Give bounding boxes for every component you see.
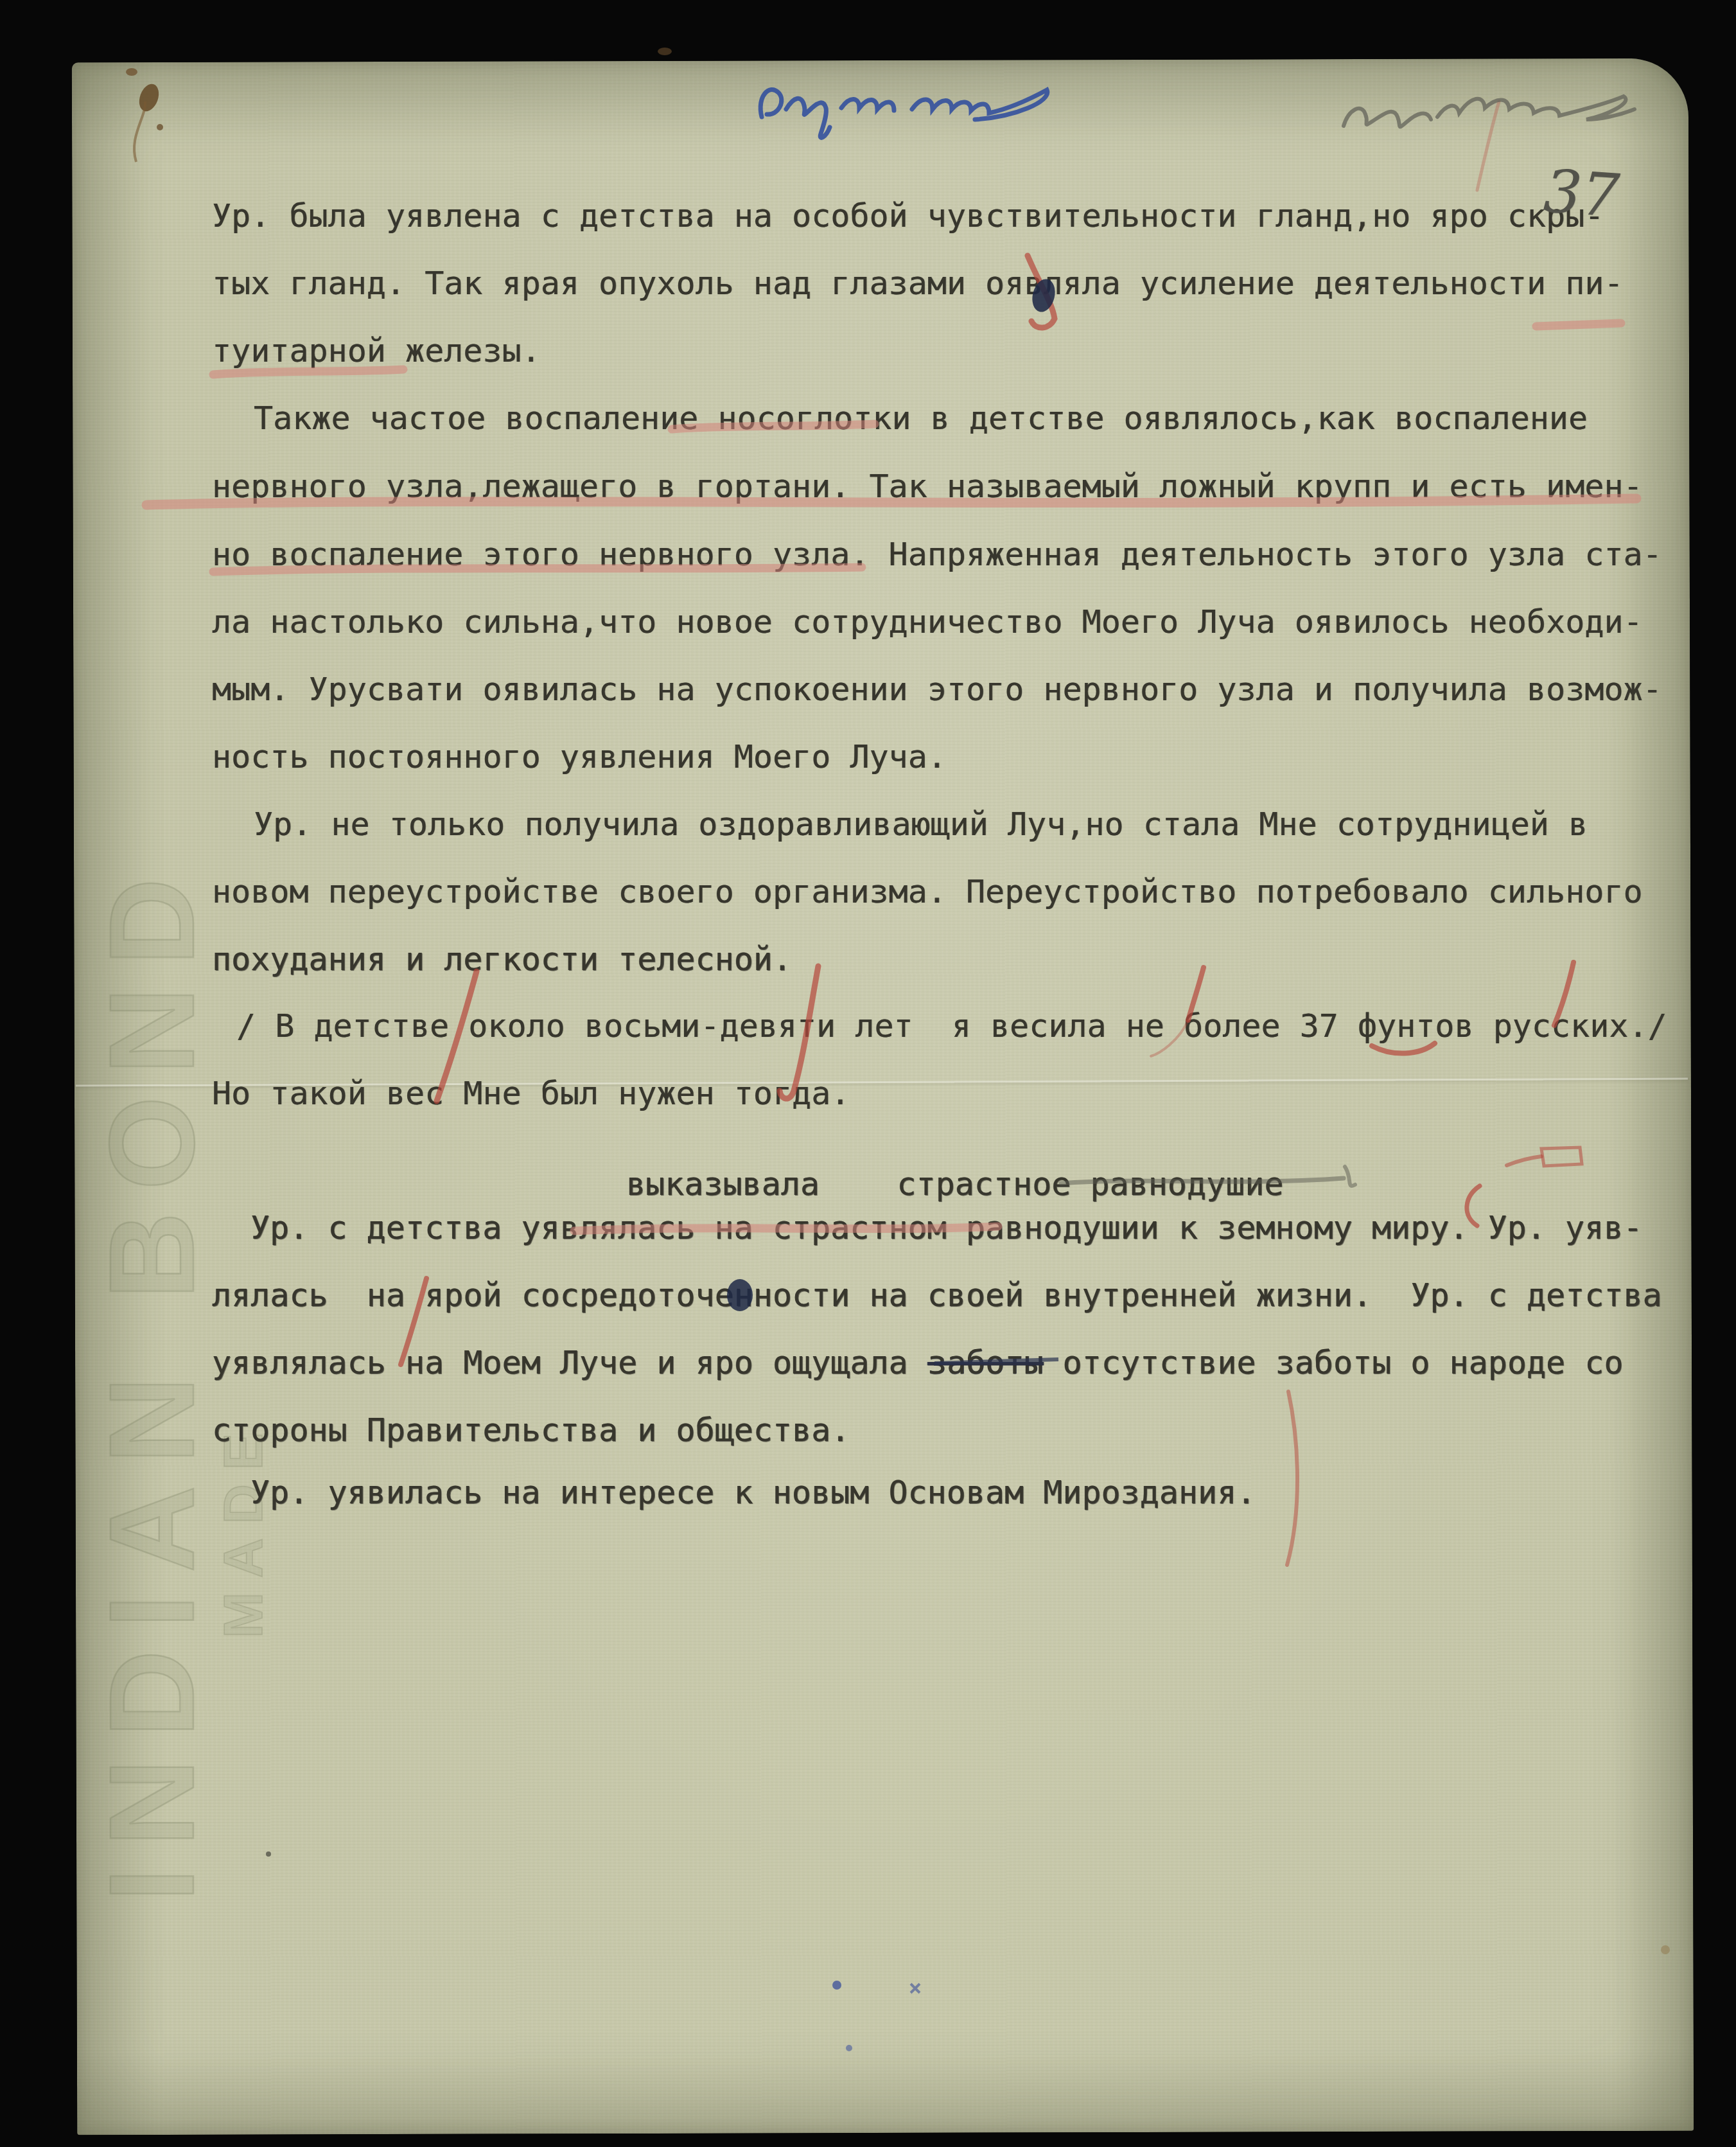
typed-line-18: уявлялась на Моем Луче и яро ощущала заб…: [212, 1343, 1624, 1383]
stain-top-edge: [658, 48, 672, 55]
handwritten-page-number: 37: [1541, 157, 1621, 231]
typed-line-7: ла настолько сильна,что новое сотрудниче…: [212, 602, 1643, 642]
typed-line-17: лялась на ярой сосредоточенности на свое…: [212, 1275, 1662, 1315]
typed-line-2: тых гланд. Так ярая опухоль над глазами …: [212, 263, 1624, 303]
typed-line-4: Также частое воспаление носоглотки в дет…: [254, 398, 1588, 438]
line18-pre: уявлялась на Моем Луче и яро ощущала: [212, 1344, 927, 1381]
scanned-document: INDIAN BOND MADE Ур. была уявлена с детс…: [0, 0, 1736, 2147]
typed-line-14: Но такой вес Мне был нужен тогда.: [212, 1073, 850, 1113]
typed-line-8: мым. Урусвати оявилась на успокоении это…: [212, 669, 1662, 709]
typed-line-12: похудания и легкости телесной.: [212, 939, 792, 979]
typed-line-1: Ур. была уявлена с детства на особой чув…: [212, 196, 1604, 236]
typed-line-13: / В детстве около восьми-девяти лет я ве…: [236, 1006, 1667, 1046]
typed-line-19: стороны Правительства и общества.: [212, 1410, 850, 1450]
typed-line-20: Ур. уявилась на интересе к новым Основам…: [250, 1472, 1256, 1512]
typed-line-9: ность постоянного уявления Моего Луча.: [212, 737, 947, 777]
typed-line-11: новом переустройстве своего организма. П…: [212, 872, 1643, 912]
typed-line-16: Ур. с детства уявлялась на страстном рав…: [250, 1208, 1642, 1248]
typed-line-5: нервного узла,лежащего в гортани. Так на…: [212, 466, 1643, 506]
line18-struck-word: заботы: [927, 1344, 1044, 1381]
line18-post: отсутствие заботы о народе со: [1043, 1344, 1623, 1381]
typed-line-3: туитарной железы.: [212, 331, 541, 371]
typed-line-6: но воспаление этого нервного узла. Напря…: [212, 535, 1662, 574]
typed-interlinear-insertion: выказывала страстное равнодушие: [626, 1164, 1284, 1204]
typed-line-10: Ур. не только получила оздоравливающий Л…: [254, 804, 1588, 844]
